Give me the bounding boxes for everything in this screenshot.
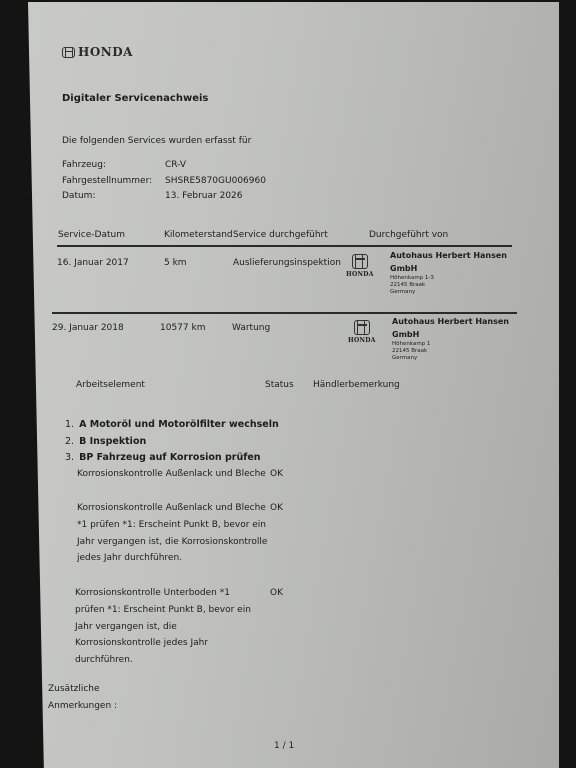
col-service-performed: Service durchgeführt [233,230,328,240]
row2-km: 10577 km [160,323,205,333]
date-label: Datum: [62,191,95,201]
row2-service: Wartung [232,323,270,333]
row1-dealer-logo: HONDA [346,254,374,278]
vin-label: Fahrgestellnummer: [62,176,152,186]
honda-h-icon [352,254,368,269]
row2-date: 29. Januar 2018 [52,323,124,333]
remarks-label-1: Zusätzliche [48,684,100,694]
subitem-text: Korrosionskontrolle Außenlack und Bleche [77,466,272,483]
honda-h-icon [62,47,75,58]
subitem-status: OK [270,503,283,513]
subitem-status: OK [270,469,283,479]
row2-dealer-logo: HONDA [348,320,376,344]
row2-dealer: Autohaus Herbert Hansen GmbH Höhenkamp 1… [392,315,509,362]
row1-km: 5 km [164,258,187,268]
intro-text: Die folgenden Services wurden erfasst fü… [62,136,251,146]
row-rule [52,312,517,314]
col-performed-by: Durchgeführt von [369,230,448,240]
task-item: 3.BP Fahrzeug auf Korrosion prüfen [65,452,261,463]
subitem-text: Korrosionskontrolle Außenlack und Bleche… [77,500,272,567]
row1-service: Auslieferungsinspektion [233,258,341,268]
col-status: Status [265,380,294,390]
col-work-item: Arbeitselement [76,380,145,390]
vin-value: SHSRE5870GU006960 [165,176,266,186]
subitem-status: OK [270,588,283,598]
vehicle-value: CR-V [165,160,186,170]
honda-logo: HONDA [62,45,133,59]
date-value: 13. Februar 2026 [165,191,243,201]
col-mileage: Kilometerstand [164,230,233,240]
subitem-text: Korrosionskontrolle Unterboden *1 prüfen… [75,585,255,669]
vehicle-label: Fahrzeug: [62,160,106,170]
document-title: Digitaler Servicenachweis [62,93,208,104]
honda-h-icon [354,320,370,335]
page-number: 1 / 1 [274,741,294,751]
task-item: 1.A Motoröl und Motorölfilter wechseln [65,419,279,430]
row1-dealer: Autohaus Herbert Hansen GmbH Höhenkamp 1… [390,249,507,296]
row1-date: 16. Januar 2017 [57,258,129,268]
remarks-label-2: Anmerkungen : [48,701,117,711]
header-rule [57,245,512,247]
col-dealer-remark: Händlerbemerkung [313,380,400,390]
task-item: 2.B Inspektion [65,436,146,447]
col-service-date: Service-Datum [58,230,125,240]
